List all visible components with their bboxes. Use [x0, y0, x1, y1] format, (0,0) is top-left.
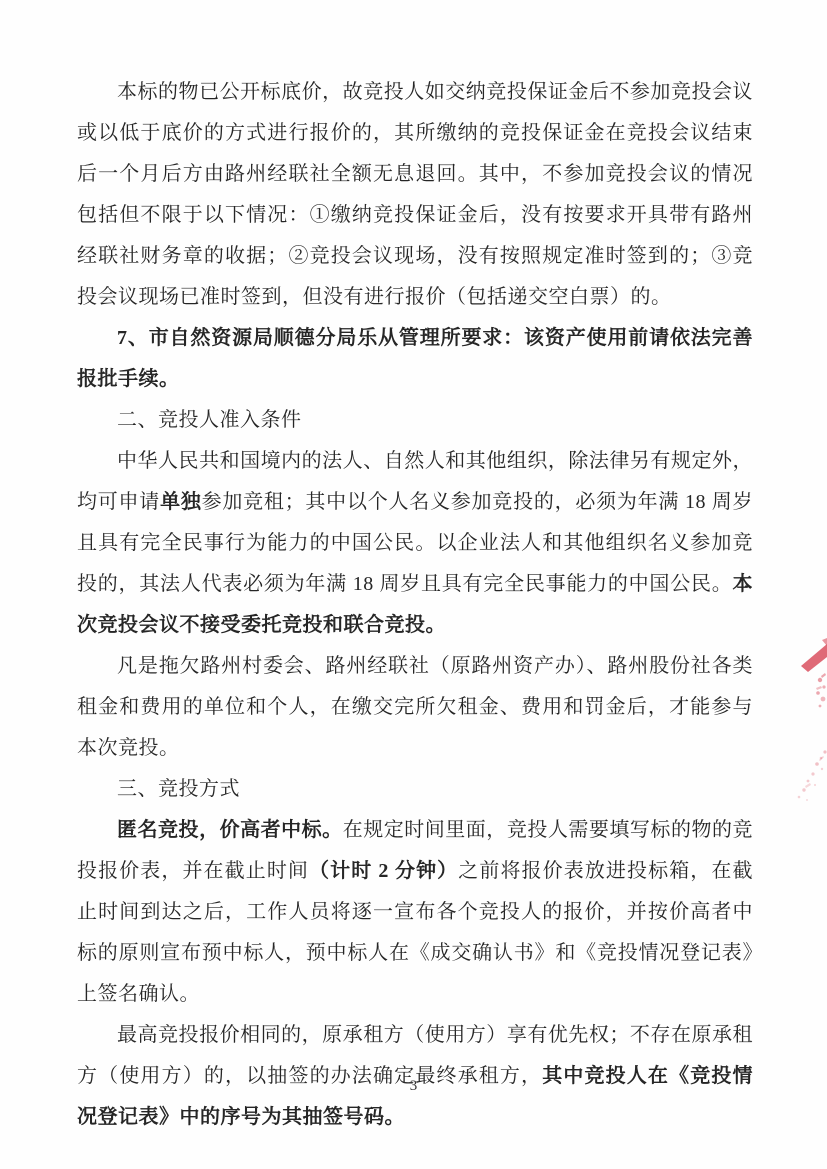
document-body: 本标的物已公开标底价，故竞投人如交纳竞投保证金后不参加竞投会议或以低于底价的方式…: [77, 72, 753, 1138]
bold-text-run: （计时 2 分钟）: [309, 860, 458, 882]
bold-text-run: 匿名竞投，价高者中标。: [117, 819, 343, 841]
paragraph-bidding-method-clause: 匿名竞投，价高者中标。在规定时间里面，竞投人需要填写标的物的竞投报价表，并在截止…: [77, 810, 753, 1015]
red-seal-fragment-icon: [777, 630, 827, 820]
heading-section-2-bidder-eligibility: 二、竞投人准入条件: [77, 400, 753, 441]
paragraph-eligibility-clause: 中华人民共和国境内的法人、自然人和其他组织，除法律另有规定外，均可申请单独参加竞…: [77, 441, 753, 646]
bold-text-run: 7、市自然资源局顺德分局乐从管理所要求：该资产使用前请依法完善报批手续。: [77, 327, 753, 390]
text-run: 凡是拖欠路州村委会、路州经联社（原路州资产办）、路州股份社各类租金和费用的单位和…: [77, 655, 753, 759]
paragraph-deposit-refund-clause: 本标的物已公开标底价，故竞投人如交纳竞投保证金后不参加竞投会议或以低于底价的方式…: [77, 72, 753, 318]
heading-section-3-bidding-method: 三、竞投方式: [77, 769, 753, 810]
document-page: 本标的物已公开标底价，故竞投人如交纳竞投保证金后不参加竞投会议或以低于底价的方式…: [0, 0, 827, 1169]
text-run: 本标的物已公开标底价，故竞投人如交纳竞投保证金后不参加竞投会议或以低于底价的方式…: [77, 81, 753, 308]
text-run: 二、竞投人准入条件: [117, 409, 302, 431]
text-run: 三、竞投方式: [117, 778, 240, 800]
paragraph-arrears-clause: 凡是拖欠路州村委会、路州经联社（原路州资产办）、路州股份社各类租金和费用的单位和…: [77, 646, 753, 769]
bold-text-run: 单独: [160, 491, 202, 513]
page-number: 3: [0, 1076, 827, 1096]
paragraph-clause-7-approval-requirement: 7、市自然资源局顺德分局乐从管理所要求：该资产使用前请依法完善报批手续。: [77, 318, 753, 400]
